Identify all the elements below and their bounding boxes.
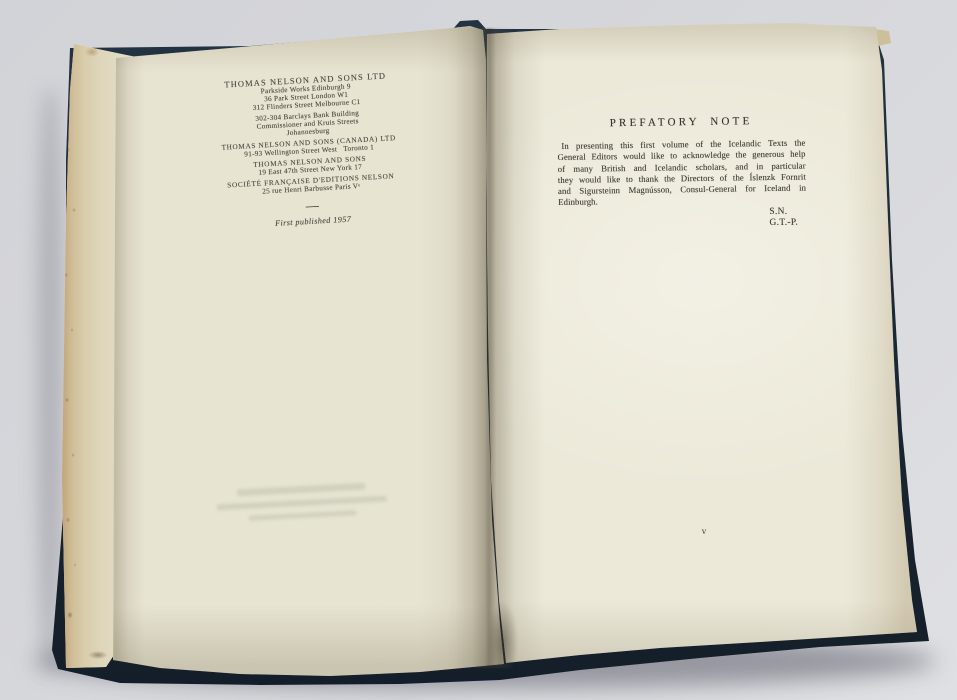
prefatory-note-block: PREFATORY NOTE In presenting this first … <box>556 115 808 232</box>
photo-scene: THOMAS NELSON AND SONS LTD Parkside Work… <box>0 0 957 700</box>
signature-initials: S.N. G.T.-P. <box>769 206 807 229</box>
page-number: v <box>694 526 714 536</box>
signature-line: S.N. <box>769 206 807 218</box>
show-through-line <box>248 510 356 521</box>
note-title: PREFATORY NOTE <box>556 115 806 131</box>
note-paragraph: In presenting this first volume of the I… <box>557 138 806 209</box>
show-through-line <box>217 496 387 511</box>
publisher-imprint-block: THOMAS NELSON AND SONS LTD Parkside Work… <box>188 69 430 231</box>
gutter-shadow <box>448 28 532 668</box>
signature-line: G.T.-P. <box>769 217 807 229</box>
